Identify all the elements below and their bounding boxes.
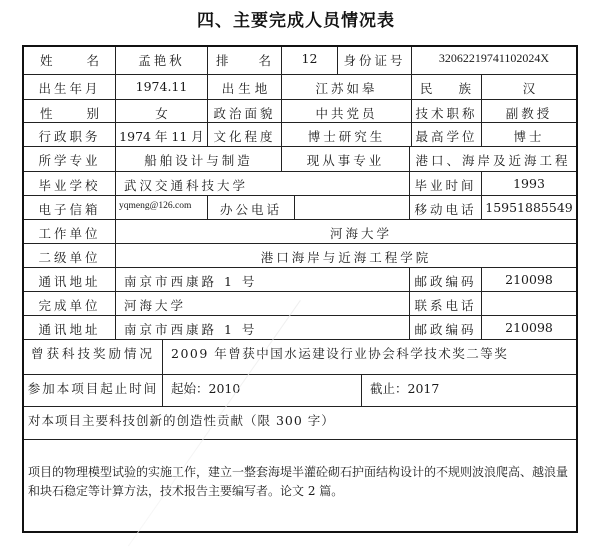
- major-value: 船舶设计与制造: [116, 147, 282, 172]
- ethnicity-label-char1: 民: [420, 79, 433, 97]
- work-unit-label: 工作单位: [24, 220, 116, 244]
- birthplace-value: 江苏如皋: [282, 75, 412, 100]
- school-value: 武汉交通科技大学: [116, 172, 410, 196]
- email-label: 电子信箱: [24, 196, 116, 220]
- birthplace-label: 出 生 地: [208, 75, 282, 100]
- id-value: 32062219741102024X: [412, 47, 576, 75]
- sub-unit-value: 港口海岸与近海工程学院: [116, 244, 576, 268]
- degree-label: 最高学位: [412, 123, 482, 147]
- postcode-value: 210098: [482, 268, 576, 292]
- title-label: 技术职称: [412, 100, 482, 123]
- awards-label: 曾获科技奖励情况: [24, 340, 163, 375]
- birth-value: 1974.11: [116, 75, 208, 100]
- awards-value: 2009 年曾获中国水运建设行业协会科学技术奖二等奖: [163, 340, 576, 375]
- rank-label: 排 名: [208, 47, 282, 75]
- period-start: 起始：2010: [163, 375, 362, 407]
- contact-phone-value: [482, 292, 576, 316]
- political-label: 政治面貌: [208, 100, 282, 123]
- school-label: 毕业学校: [24, 172, 116, 196]
- birth-label: 出生年月: [24, 75, 116, 100]
- rank-label-char1: 排: [216, 51, 229, 69]
- postcode-label: 邮政编码: [410, 268, 482, 292]
- office-phone-label: 办公电话: [208, 196, 295, 220]
- position-value: 1974 年 11 月: [116, 123, 208, 147]
- gender-value: 女: [116, 100, 208, 123]
- address-value: 南京市西康路 1 号: [116, 268, 410, 292]
- title-value: 副教授: [482, 100, 576, 123]
- completion-unit-label: 完成单位: [24, 292, 116, 316]
- address-label: 通讯地址: [24, 268, 116, 292]
- degree-value: 博士: [482, 123, 576, 147]
- gender-label-char1: 性: [40, 104, 53, 122]
- grad-time-label: 毕业时间: [410, 172, 482, 196]
- current-major-value: 港口、海岸及近海工程: [410, 147, 576, 172]
- contribution-label: 对本项目主要科技创新的创造性贡献（限 300 字）: [24, 407, 576, 440]
- grad-time-value: 1993: [482, 172, 576, 196]
- name-label: 姓 名: [24, 47, 116, 75]
- gender-label-char2: 别: [86, 104, 99, 122]
- name-label-char2: 名: [86, 51, 99, 69]
- address-label-2: 通讯地址: [24, 316, 116, 340]
- rank-label-char2: 名: [258, 51, 271, 69]
- mobile-value: 15951885549: [482, 196, 576, 220]
- major-label: 所学专业: [24, 147, 116, 172]
- email-value: yqmeng@126.com: [116, 196, 208, 220]
- gender-label: 性 别: [24, 100, 116, 123]
- office-phone-value: [295, 196, 410, 220]
- current-major-label: 现从事专业: [282, 147, 410, 172]
- contact-phone-label: 联系电话: [410, 292, 482, 316]
- sub-unit-label: 二级单位: [24, 244, 116, 268]
- id-label: 身份证号: [338, 47, 412, 75]
- postcode-value-2: 210098: [482, 316, 576, 340]
- contribution-text: 项目的物理模型试验的实施工作，建立一整套海堤半灌砼砌石护面结构设计的不规则波浪爬…: [28, 463, 574, 501]
- name-label-char1: 姓: [40, 51, 53, 69]
- postcode-label-2: 邮政编码: [410, 316, 482, 340]
- mobile-label: 移动电话: [410, 196, 482, 220]
- education-value: 博士研究生: [282, 123, 412, 147]
- ethnicity-label: 民 族: [412, 75, 482, 100]
- page-title: 四、主要完成人员情况表: [0, 6, 592, 31]
- work-unit-value: 河海大学: [116, 220, 576, 244]
- name-value: 孟艳秋: [116, 47, 208, 75]
- ethnicity-label-char2: 族: [458, 79, 471, 97]
- period-label: 参加本项目起止时间: [24, 375, 163, 407]
- position-label: 行政职务: [24, 123, 116, 147]
- rank-value: 12: [282, 47, 338, 75]
- completion-unit-value: 河海大学: [116, 292, 410, 316]
- address-value-2: 南京市西康路 1 号: [116, 316, 410, 340]
- personnel-table: 姓 名 孟艳秋 排 名 12 身份证号 32062219741102024X 出…: [22, 45, 578, 533]
- education-label: 文化程度: [208, 123, 282, 147]
- political-value: 中共党员: [282, 100, 412, 123]
- period-end: 截止：2017: [362, 375, 576, 407]
- ethnicity-value: 汉: [482, 75, 576, 100]
